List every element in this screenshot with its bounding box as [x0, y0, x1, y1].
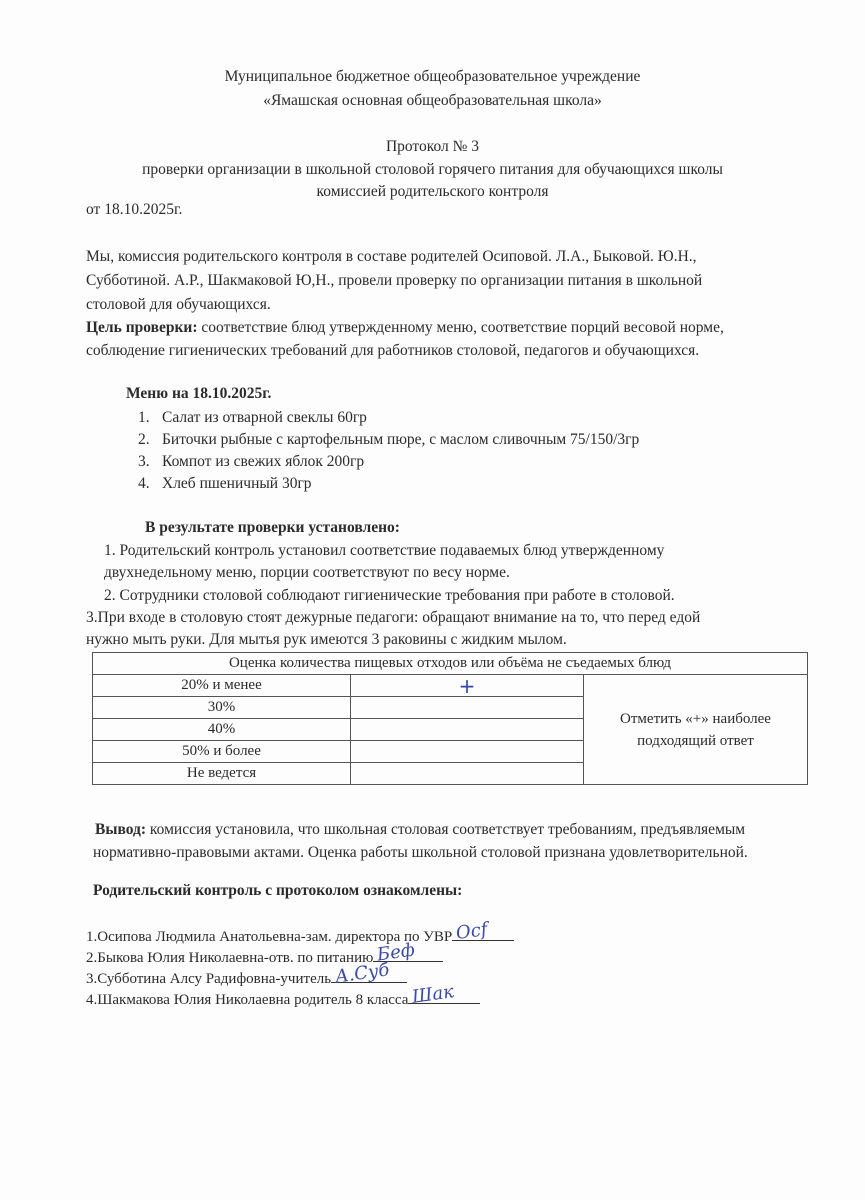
table-header-row: Оценка количества пищевых отходов или об… — [93, 653, 808, 675]
menu-item-number: 4. — [138, 473, 162, 495]
signatory: 2.Быкова Юлия Николаевна-отв. по питанию… — [86, 947, 514, 968]
menu-item-number: 2. — [138, 429, 162, 451]
instruction-line2: подходящий ответ — [584, 730, 807, 752]
goal-label: Цель проверки: — [86, 319, 198, 336]
menu-item-text: Хлеб пшеничный 30гр — [162, 475, 312, 492]
acknowledged-title: Родительский контроль с протоколом ознак… — [93, 882, 462, 900]
result-3-line2: нужно мыть руки. Для мытья рук имеются 3… — [86, 629, 567, 651]
signatory: 4.Шакмакова Юлия Николаевна родитель 8 к… — [86, 989, 514, 1010]
handwritten-signature: Ocf — [455, 920, 489, 944]
org-name-line1: Муниципальное бюджетное общеобразователь… — [0, 68, 865, 86]
menu-item: 3.Компот из свежих яблок 200гр — [138, 451, 639, 473]
result-3-line1: 3.При входе в столовую стоят дежурные пе… — [86, 607, 700, 629]
menu-item-text: Биточки рыбные с картофельным пюре, с ма… — [162, 431, 639, 448]
handwritten-signature: Шак — [411, 982, 455, 1008]
table-row: 20% и менее + Отметить «+» наиболее подх… — [93, 675, 808, 697]
menu-item: 2.Биточки рыбные с картофельным пюре, с … — [138, 429, 639, 451]
signatory-name: 4.Шакмакова Юлия Николаевна родитель 8 к… — [86, 992, 408, 1008]
goal-line1: Цель проверки: соответствие блюд утвержд… — [86, 317, 724, 339]
menu-item-text: Салат из отварной свеклы 60гр — [162, 409, 367, 426]
row-mark-cell[interactable] — [351, 697, 584, 719]
menu-item: 4.Хлеб пшеничный 30гр — [138, 473, 639, 495]
goal-text: соответствие блюд утвержденному меню, со… — [198, 319, 724, 336]
protocol-title: Протокол № 3 — [0, 138, 865, 156]
org-name-line2: «Ямашская основная общеобразовательная ш… — [0, 92, 865, 110]
instruction-line1: Отметить «+» наиболее — [584, 708, 807, 730]
row-label: Не ведется — [93, 763, 351, 785]
signature-line[interactable]: Ocf — [452, 926, 514, 941]
conclusion-text: комиссия установила, что школьная столов… — [146, 821, 745, 838]
intro-line2: Субботиной. А.Р., Шакмаковой Ю,Н., прове… — [86, 270, 702, 292]
table-instruction: Отметить «+» наиболее подходящий ответ — [584, 675, 808, 785]
row-label: 40% — [93, 719, 351, 741]
signatory: 1.Осипова Людмила Анатольевна-зам. дирек… — [86, 926, 514, 947]
intro-line3: столовой для обучающихся. — [86, 294, 271, 316]
row-mark-cell[interactable] — [351, 763, 584, 785]
row-mark-cell[interactable] — [351, 719, 584, 741]
menu-item: 1.Салат из отварной свеклы 60гр — [138, 407, 639, 429]
row-label: 20% и менее — [93, 675, 351, 697]
signature-line[interactable]: Шак — [408, 989, 480, 1004]
signature-line[interactable]: А.Суб — [331, 968, 407, 983]
conclusion-line2: нормативно-правовыми актами. Оценка рабо… — [93, 842, 748, 864]
menu-item-number: 3. — [138, 451, 162, 473]
goal-line2: соблюдение гигиенических требований для … — [86, 340, 699, 362]
protocol-subtitle-line1: проверки организации в школьной столовой… — [0, 161, 865, 179]
waste-assessment-table: Оценка количества пищевых отходов или об… — [92, 652, 808, 785]
protocol-date: от 18.10.2025г. — [86, 201, 182, 219]
conclusion-line1: Вывод: комиссия установила, что школьная… — [95, 819, 745, 841]
row-mark-cell[interactable]: + — [351, 675, 584, 697]
row-label: 50% и более — [93, 741, 351, 763]
row-label: 30% — [93, 697, 351, 719]
signatory-name: 2.Быкова Юлия Николаевна-отв. по питанию — [86, 950, 373, 966]
table-header: Оценка количества пищевых отходов или об… — [93, 653, 808, 675]
menu-list: 1.Салат из отварной свеклы 60гр 2.Биточк… — [138, 407, 639, 495]
results-title: В результате проверки установлено: — [145, 519, 400, 537]
protocol-subtitle-line2: комиссией родительского контроля — [0, 183, 865, 201]
menu-title: Меню на 18.10.2025г. — [126, 385, 271, 403]
result-1-line2: двухнедельному меню, порции соответствую… — [104, 562, 510, 584]
conclusion-label: Вывод: — [95, 821, 146, 838]
row-mark-cell[interactable] — [351, 741, 584, 763]
menu-item-text: Компот из свежих яблок 200гр — [162, 453, 364, 470]
intro-line1: Мы, комиссия родительского контроля в со… — [86, 246, 697, 268]
result-2: 2. Сотрудники столовой соблюдают гигиени… — [104, 585, 675, 607]
signatory-name: 3.Субботина Алсу Радифовна-учитель — [86, 971, 331, 987]
signatories-list: 1.Осипова Людмила Анатольевна-зам. дирек… — [86, 926, 514, 1010]
result-1-line1: 1. Родительский контроль установил соотв… — [104, 540, 664, 562]
menu-item-number: 1. — [138, 407, 162, 429]
